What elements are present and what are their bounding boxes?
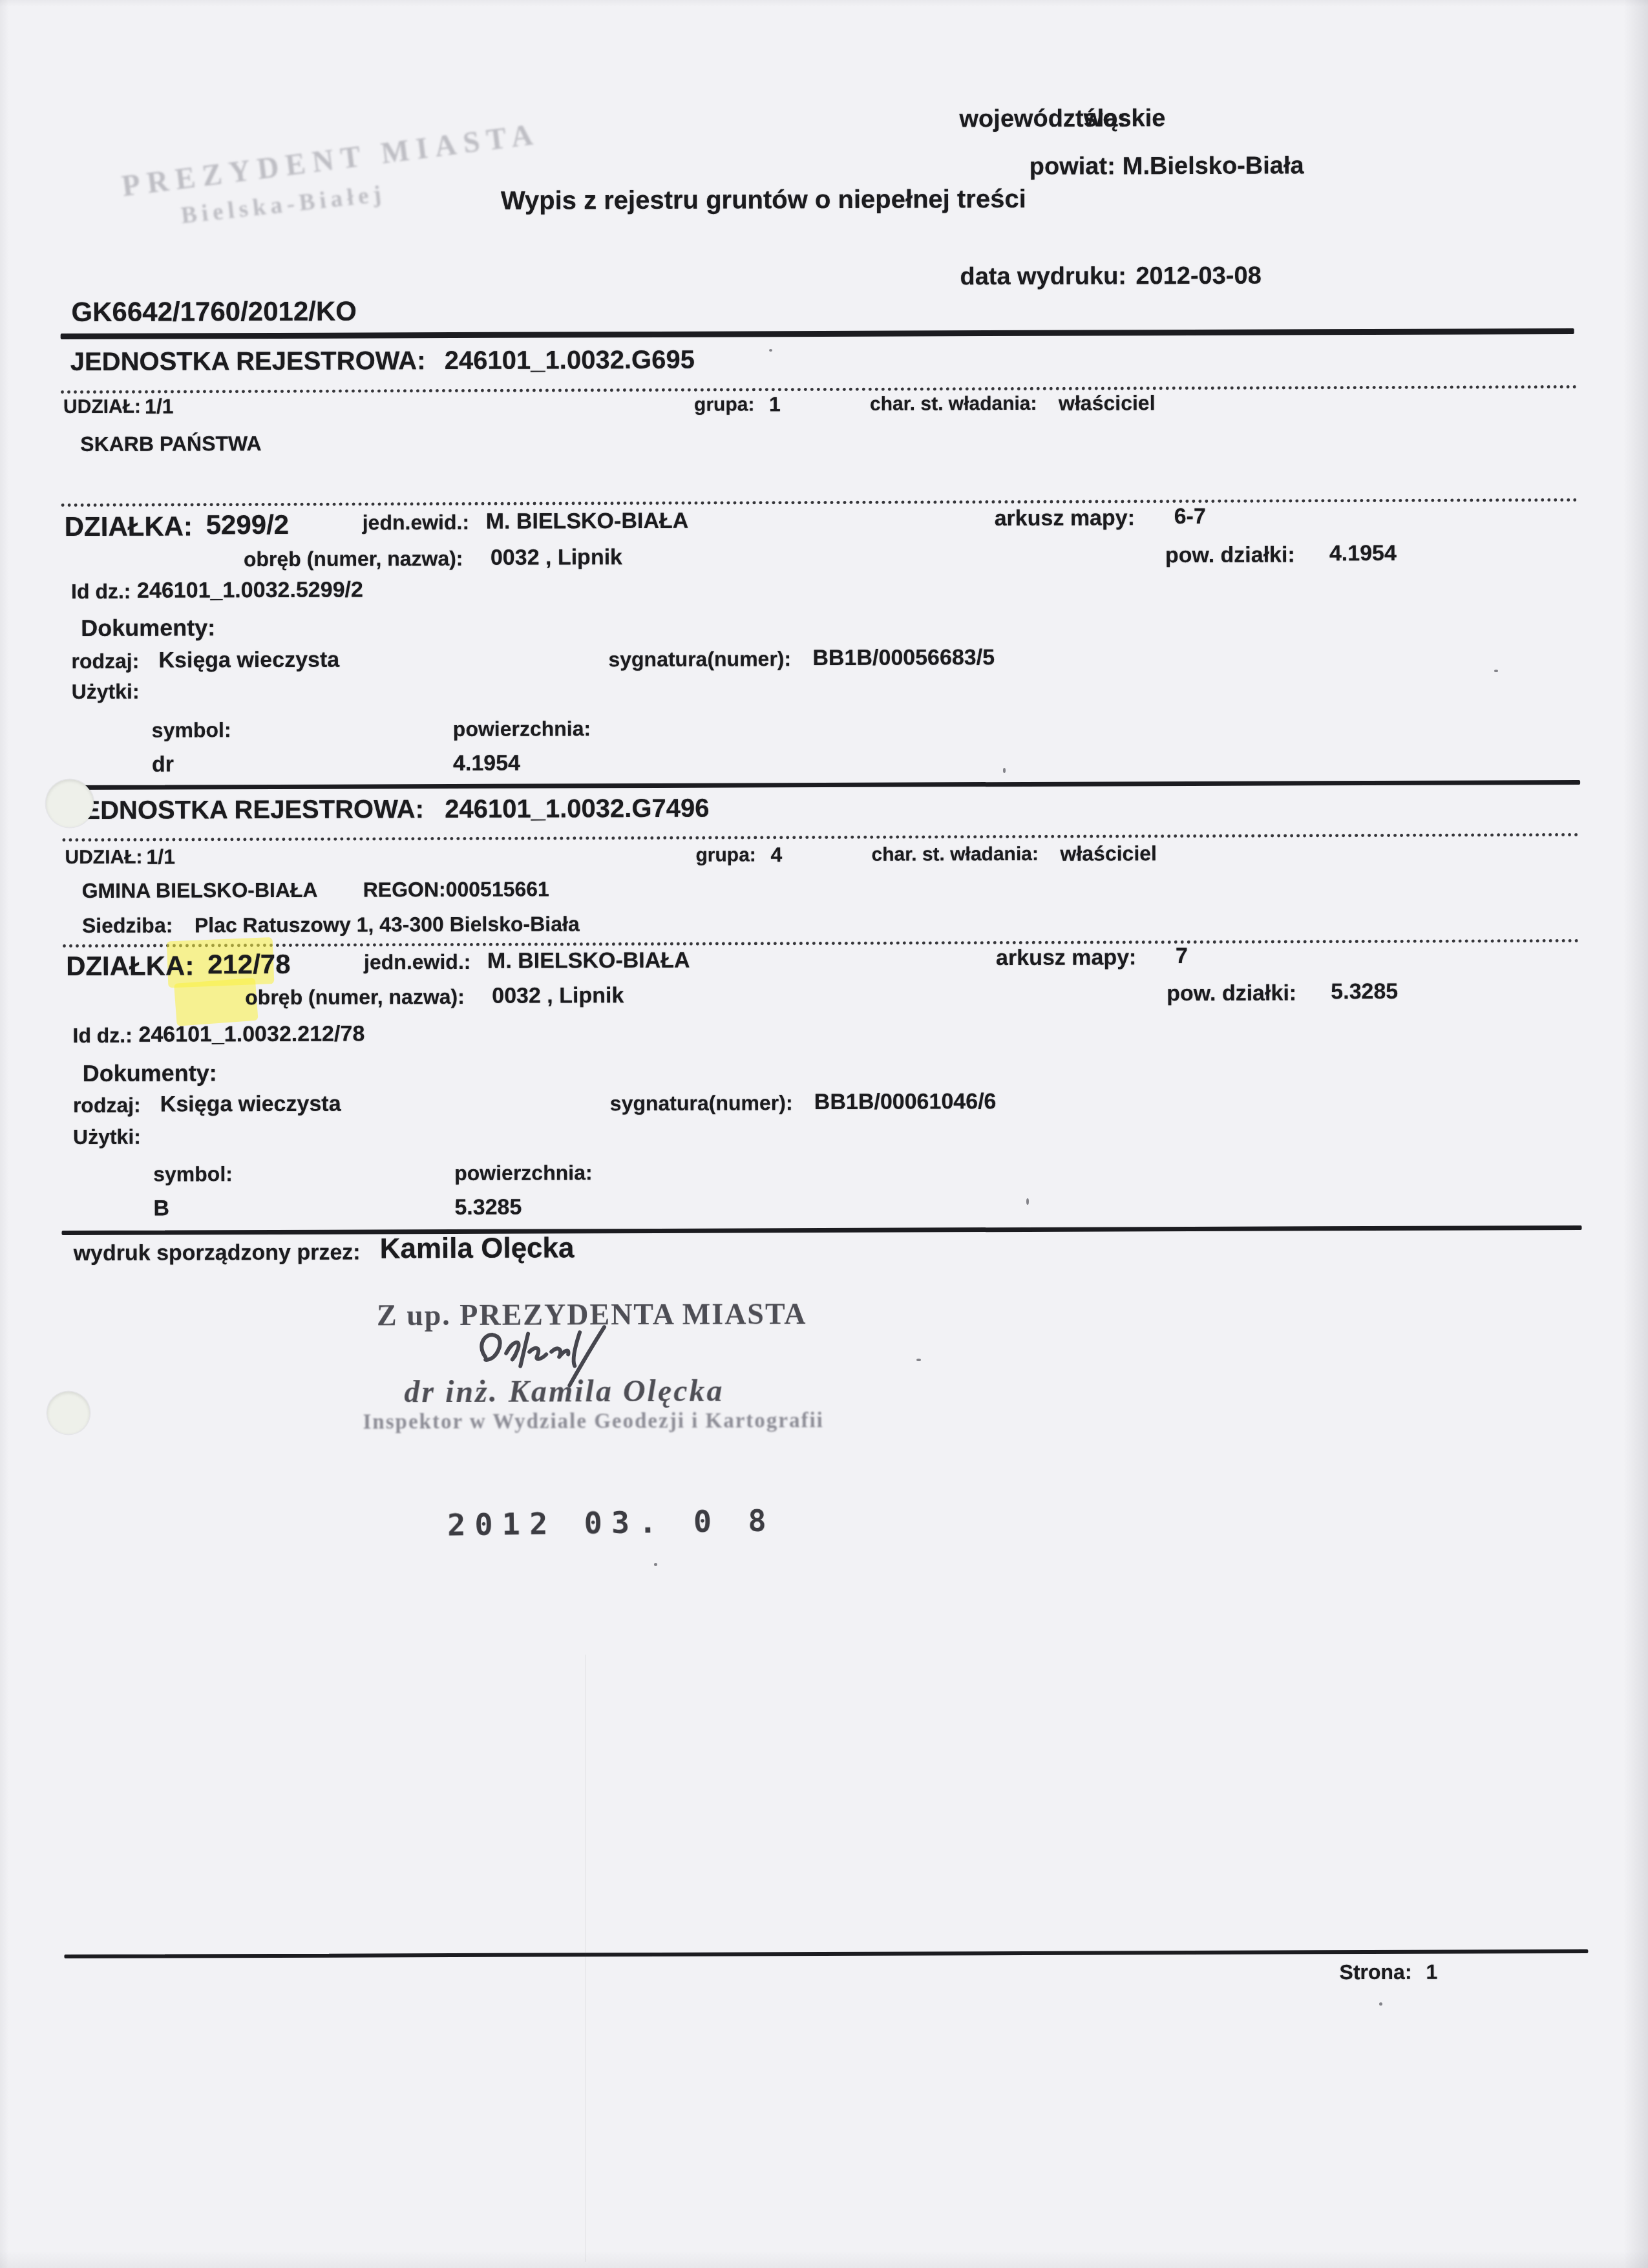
s2-sygnatura-label: sygnatura(numer): bbox=[610, 1092, 793, 1114]
s1-uzytki-label: Użytki: bbox=[72, 681, 140, 702]
s1-pow-value: 4.1954 bbox=[1329, 542, 1397, 564]
s2-dokumenty-label: Dokumenty: bbox=[83, 1061, 217, 1085]
s2-id-label: Id dz.: bbox=[72, 1025, 132, 1046]
s2-powierzchnia-label: powierzchnia: bbox=[454, 1162, 592, 1183]
s2-dzialka-value: 212/78 bbox=[207, 951, 291, 978]
s2-symbol-value: B bbox=[153, 1198, 169, 1220]
s1-id-label: Id dz.: bbox=[71, 581, 131, 602]
stamp-signatory-role: Inspektor w Wydziale Geodezji i Kartogra… bbox=[363, 1410, 823, 1433]
scan-speck bbox=[654, 1563, 657, 1566]
s2-udzial-label: UDZIAŁ: bbox=[65, 848, 142, 867]
paper-crease bbox=[585, 1655, 586, 2262]
s2-wladanie-value: właściciel bbox=[1060, 843, 1157, 864]
s2-siedziba-label: Siedziba: bbox=[82, 915, 173, 936]
s1-dokumenty-label: Dokumenty: bbox=[81, 616, 215, 640]
s2-arkusz-label: arkusz mapy: bbox=[996, 946, 1136, 969]
s2-wladanie-label: char. st. władania: bbox=[871, 845, 1039, 865]
s1-owner: SKARB PAŃSTWA bbox=[80, 433, 261, 454]
divider-thick bbox=[61, 328, 1574, 339]
s1-jedn-ewid-value: M. BIELSKO-BIAŁA bbox=[486, 510, 689, 533]
printed-by-value: Kamila Olęcka bbox=[380, 1234, 575, 1263]
s2-sygnatura-value: BB1B/00061046/6 bbox=[814, 1090, 997, 1113]
s1-arkusz-label: arkusz mapy: bbox=[995, 507, 1135, 529]
print-date-value: 2012-03-08 bbox=[1136, 264, 1262, 289]
s2-uzytki-label: Użytki: bbox=[73, 1127, 141, 1147]
s1-symbol-label: symbol: bbox=[152, 719, 231, 740]
s2-owner: GMINA BIELSKO-BIAŁA bbox=[82, 880, 318, 901]
s1-powierzchnia-label: powierzchnia: bbox=[453, 718, 591, 739]
s1-udzial-value: 1/1 bbox=[145, 396, 174, 417]
date-ink-stamp: 2012 03. 0 8 bbox=[447, 1506, 776, 1541]
section1-jednostka-value: 246101_1.0032.G695 bbox=[445, 347, 695, 374]
divider-dotted bbox=[62, 833, 1579, 842]
s2-id-value: 246101_1.0032.212/78 bbox=[138, 1023, 364, 1045]
powiat-label: powiat: bbox=[1030, 154, 1115, 178]
scan-speck bbox=[1379, 2002, 1382, 2006]
scan-speck bbox=[1494, 670, 1498, 672]
scan-speck bbox=[1026, 1198, 1029, 1205]
s2-dzialka-label: DZIAŁKA: bbox=[66, 952, 194, 980]
s1-dzialka-label: DZIAŁKA: bbox=[65, 513, 193, 540]
punch-hole-top bbox=[46, 779, 94, 827]
s1-grupa-label: grupa: bbox=[694, 395, 754, 414]
s2-pow-value: 5.3285 bbox=[1331, 980, 1398, 1002]
s2-regon: REGON:000515661 bbox=[363, 878, 549, 900]
scan-speck bbox=[769, 349, 772, 352]
s2-grupa-value: 4 bbox=[770, 844, 782, 865]
scanned-document-page: PREZYDENT MIASTA Bielska-Białej wojewódz… bbox=[0, 0, 1648, 2268]
s1-obreb-value: 0032 , Lipnik bbox=[491, 546, 622, 569]
s1-symbol-value: dr bbox=[152, 754, 174, 776]
punch-hole-bottom bbox=[47, 1392, 90, 1434]
scan-speck bbox=[916, 1359, 921, 1361]
page-number-value: 1 bbox=[1426, 1962, 1437, 1982]
s1-sygnatura-label: sygnatura(numer): bbox=[608, 648, 791, 670]
powiat-value: M.Bielsko-Biała bbox=[1123, 153, 1304, 178]
s1-rodzaj-value: Księga wieczysta bbox=[158, 649, 339, 672]
s1-powierzchnia-value: 4.1954 bbox=[453, 752, 520, 774]
s1-udzial-label: UDZIAŁ: bbox=[63, 397, 141, 417]
s2-jedn-ewid-value: M. BIELSKO-BIAŁA bbox=[487, 949, 690, 972]
page-number-label: Strona: bbox=[1339, 1962, 1411, 1982]
divider-dotted bbox=[63, 939, 1579, 948]
s2-rodzaj-label: rodzaj: bbox=[73, 1095, 141, 1116]
section2-jednostka-value: 246101_1.0032.G7496 bbox=[445, 796, 709, 822]
s1-arkusz-value: 6-7 bbox=[1174, 505, 1206, 527]
section1-jednostka-label: JEDNOSTKA REJESTROWA: bbox=[70, 348, 426, 375]
s1-jedn-ewid-label: jedn.ewid.: bbox=[363, 512, 469, 533]
divider-solid bbox=[60, 780, 1580, 790]
divider-dotted bbox=[61, 498, 1578, 507]
s1-sygnatura-value: BB1B/00056683/5 bbox=[812, 646, 995, 669]
printed-by-label: wydruk sporządzony przez: bbox=[74, 1242, 361, 1265]
divider-solid bbox=[62, 1225, 1582, 1235]
s2-pow-label: pow. działki: bbox=[1167, 982, 1296, 1004]
s2-obreb-label: obręb (numer, nazwa): bbox=[245, 986, 465, 1008]
divider-bottom bbox=[64, 1949, 1588, 1958]
signature-scrawl bbox=[466, 1323, 634, 1392]
s2-rodzaj-value: Księga wieczysta bbox=[160, 1093, 341, 1116]
s2-udzial-value: 1/1 bbox=[146, 847, 175, 867]
s2-powierzchnia-value: 5.3285 bbox=[454, 1196, 522, 1218]
s2-arkusz-value: 7 bbox=[1176, 945, 1188, 967]
print-date-label: data wydruku: bbox=[960, 264, 1126, 289]
s1-wladanie-value: właściciel bbox=[1059, 392, 1156, 414]
faded-office-stamp: PREZYDENT MIASTA Bielska-Białej bbox=[120, 116, 547, 240]
s2-grupa-label: grupa: bbox=[695, 845, 755, 865]
s1-wladanie-label: char. st. władania: bbox=[870, 394, 1037, 414]
case-number: GK6642/1760/2012/KO bbox=[71, 298, 356, 326]
s1-pow-label: pow. działki: bbox=[1165, 544, 1295, 566]
s2-siedziba-value: Plac Ratuszowy 1, 43-300 Bielsko-Biała bbox=[195, 913, 580, 935]
s2-jedn-ewid-label: jedn.ewid.: bbox=[364, 951, 470, 973]
scan-speck bbox=[1003, 768, 1006, 773]
document-content: PREZYDENT MIASTA Bielska-Białej wojewódz… bbox=[0, 0, 1648, 2268]
document-title: Wypis z rejestru gruntów o niepełnej tre… bbox=[501, 186, 1026, 214]
s1-dzialka-value: 5299/2 bbox=[206, 511, 290, 538]
s1-id-value: 246101_1.0032.5299/2 bbox=[137, 578, 363, 601]
wojewodztwo-value: śląskie bbox=[1083, 106, 1165, 131]
s1-obreb-label: obręb (numer, nazwa): bbox=[244, 548, 463, 569]
s2-obreb-value: 0032 , Lipnik bbox=[492, 984, 624, 1007]
s2-symbol-label: symbol: bbox=[153, 1163, 233, 1184]
divider-dotted bbox=[61, 385, 1578, 394]
section2-jednostka-label: JEDNOSTKA REJESTROWA: bbox=[69, 796, 424, 823]
s1-rodzaj-label: rodzaj: bbox=[71, 651, 139, 672]
s1-grupa-value: 1 bbox=[769, 394, 781, 414]
